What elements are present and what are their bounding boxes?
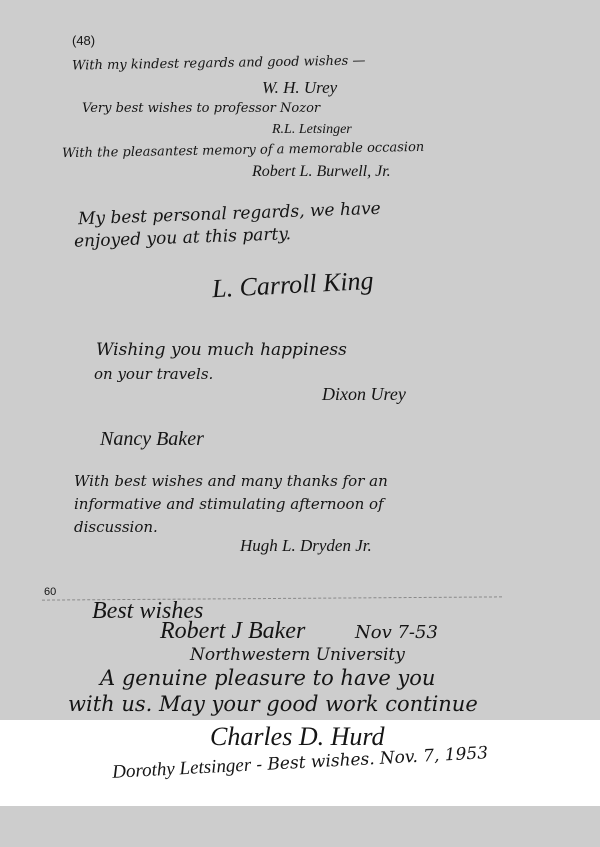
- entry-signature: Hugh L. Dryden Jr.: [240, 536, 372, 556]
- entry-signature: Robert L. Burwell, Jr.: [252, 163, 391, 181]
- entry-signature: R.L. Letsinger: [272, 122, 352, 138]
- entry-affiliation: Northwestern University: [190, 645, 405, 665]
- entry-signature: Robert J Baker: [160, 618, 305, 645]
- entry-message-line: enjoyed you at this party.: [74, 224, 292, 252]
- entry-message: With my kindest regards and good wishes …: [72, 53, 366, 73]
- autograph-page: (48) With my kindest regards and good wi…: [0, 0, 600, 847]
- entry-signature: Charles D. Hurd: [210, 722, 385, 752]
- entry-message-line: A genuine pleasure to have you: [100, 666, 435, 690]
- entry-message-line: With best wishes and many thanks for an: [74, 472, 388, 490]
- entry-message-line: informative and stimulating afternoon of: [74, 495, 384, 513]
- entry-message: With the pleasantest memory of a memorab…: [62, 140, 424, 161]
- entry-signature: Nancy Baker: [100, 428, 204, 451]
- section-marker: 60: [44, 586, 56, 598]
- entry-message-line: My best personal regards, we have: [78, 199, 381, 230]
- entry-date: Nov 7-53: [355, 622, 438, 643]
- entry-message-line: discussion.: [74, 518, 158, 536]
- entry-message-line: with us. May your good work continue: [68, 692, 478, 716]
- entry-signature: Dixon Urey: [322, 384, 406, 405]
- entry-signature: W. H. Urey: [262, 78, 337, 98]
- page-number: (48): [72, 33, 95, 48]
- entry-signature: L. Carroll King: [211, 266, 374, 304]
- entry-message-line: on your travels.: [94, 365, 213, 383]
- entry-message-line: Wishing you much happiness: [96, 340, 347, 360]
- entry-message: Very best wishes to professor Nozor: [82, 101, 320, 116]
- entry-date: Nov. 7, 1953: [379, 743, 488, 769]
